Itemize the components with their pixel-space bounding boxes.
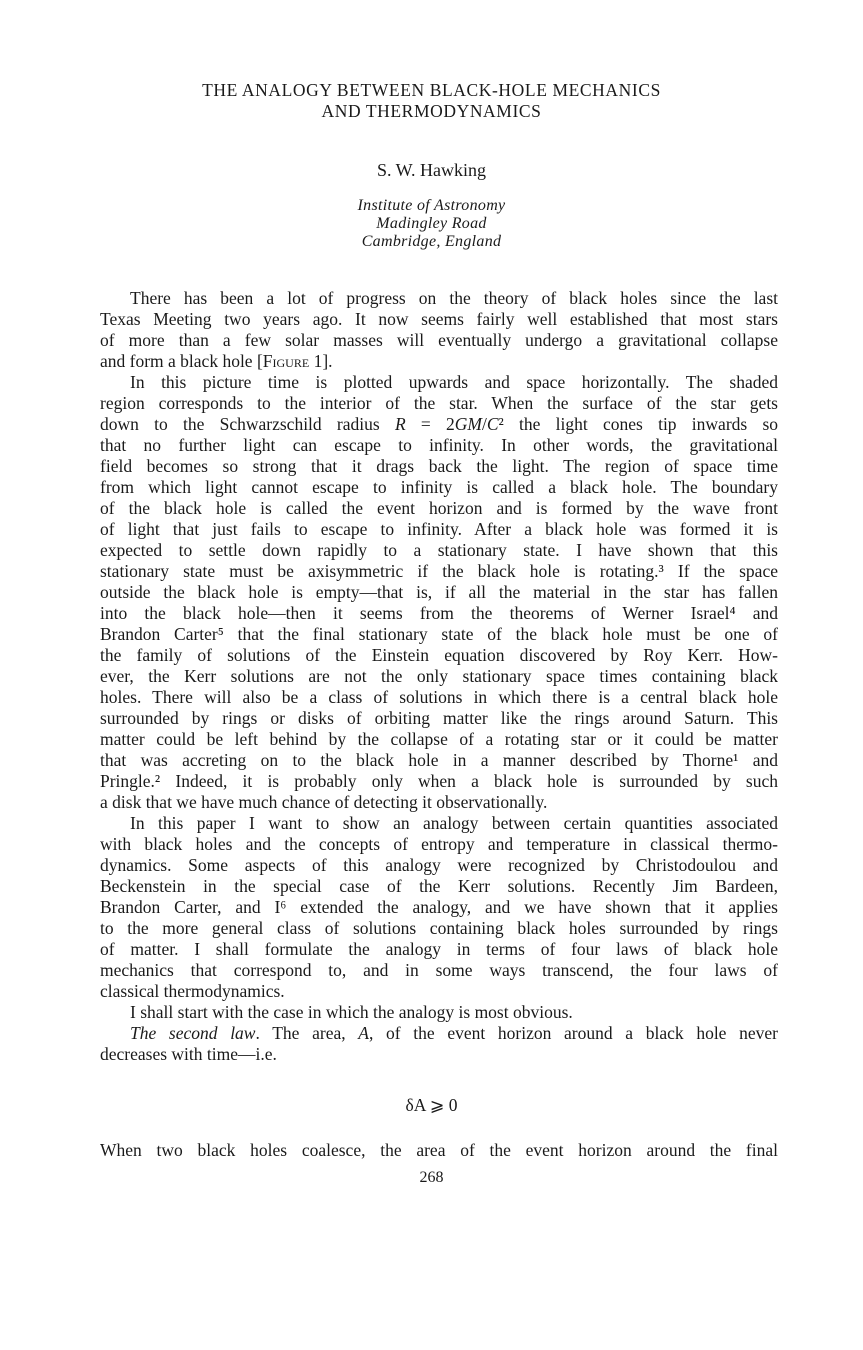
paragraph-start: I shall start with the case in which the… <box>100 1002 778 1023</box>
text-line: a disk that we have much chance of detec… <box>100 792 778 813</box>
text-line: Pringle.² Indeed, it is probably only wh… <box>100 771 778 792</box>
text-line: classical thermodynamics. <box>100 981 778 1002</box>
text-line: The second law. The area, A, of the even… <box>100 1023 778 1044</box>
text-line: outside the black hole is empty—that is,… <box>100 582 778 603</box>
text-line: matter could be left behind by the colla… <box>100 729 778 750</box>
paragraph-analogy: In this paper I want to show an analogy … <box>100 813 778 1002</box>
text-line: of more than a few solar masses will eve… <box>100 330 778 351</box>
text-line: In this picture time is plotted upwards … <box>100 372 778 393</box>
text-line: of the black hole is called the event ho… <box>100 498 778 519</box>
text-line: of light that just fails to escape to in… <box>100 519 778 540</box>
author-name: S. W. Hawking <box>0 160 863 181</box>
text-line: expected to settle down rapidly to a sta… <box>100 540 778 561</box>
text-line: region corresponds to the interior of th… <box>100 393 778 414</box>
section-lead: The second law <box>130 1023 255 1043</box>
affiliation-line: Institute of Astronomy <box>0 197 863 215</box>
text-line: Brandon Carter⁵ that the final stationar… <box>100 624 778 645</box>
text-line: with black holes and the concepts of ent… <box>100 834 778 855</box>
paragraph-spacetime: In this picture time is plotted upwards … <box>100 372 778 813</box>
text-line: stationary state must be axisymmetric if… <box>100 561 778 582</box>
text-line: When two black holes coalesce, the area … <box>100 1140 778 1161</box>
title-line-1: THE ANALOGY BETWEEN BLACK-HOLE MECHANICS <box>0 80 863 101</box>
text-line: the family of solutions of the Einstein … <box>100 645 778 666</box>
text-line: from which light cannot escape to infini… <box>100 477 778 498</box>
text-line: surrounded by rings or disks of orbiting… <box>100 708 778 729</box>
text-line: that no further light can escape to infi… <box>100 435 778 456</box>
text-line: dynamics. Some aspects of this analogy w… <box>100 855 778 876</box>
affiliation-line: Madingley Road <box>0 215 863 233</box>
title-line-2: AND THERMODYNAMICS <box>0 101 863 122</box>
paragraph-continuation: When two black holes coalesce, the area … <box>100 1140 778 1161</box>
text-line: holes. There will also be a class of sol… <box>100 687 778 708</box>
text-line: In this paper I want to show an analogy … <box>100 813 778 834</box>
figure-reference: Figure <box>263 351 309 371</box>
text-line: down to the Schwarzschild radius R = 2GM… <box>100 414 778 435</box>
text-line: mechanics that correspond to, and in som… <box>100 960 778 981</box>
text-line: that was accreting on to the black hole … <box>100 750 778 771</box>
text-line: I shall start with the case in which the… <box>100 1002 778 1023</box>
text-line: of matter. I shall formulate the analogy… <box>100 939 778 960</box>
text-line: and form a black hole [Figure 1]. <box>100 351 778 372</box>
text-line: ever, the Kerr solutions are not the onl… <box>100 666 778 687</box>
affiliation-line: Cambridge, England <box>0 233 863 251</box>
paragraph-second-law: The second law. The area, A, of the even… <box>100 1023 778 1065</box>
text-line: decreases with time—i.e. <box>100 1044 778 1065</box>
text-line: into the black hole—then it seems from t… <box>100 603 778 624</box>
text-line: Texas Meeting two years ago. It now seem… <box>100 309 778 330</box>
text-line: field becomes so strong that it drags ba… <box>100 456 778 477</box>
text-line: Beckenstein in the special case of the K… <box>100 876 778 897</box>
text-line: Brandon Carter, and I⁶ extended the anal… <box>100 897 778 918</box>
text-line: to the more general class of solutions c… <box>100 918 778 939</box>
text-line: There has been a lot of progress on the … <box>100 288 778 309</box>
page-number: 268 <box>0 1169 863 1187</box>
paragraph-intro: There has been a lot of progress on the … <box>100 288 778 372</box>
equation-area-theorem: δA ⩾ 0 <box>0 1095 863 1116</box>
